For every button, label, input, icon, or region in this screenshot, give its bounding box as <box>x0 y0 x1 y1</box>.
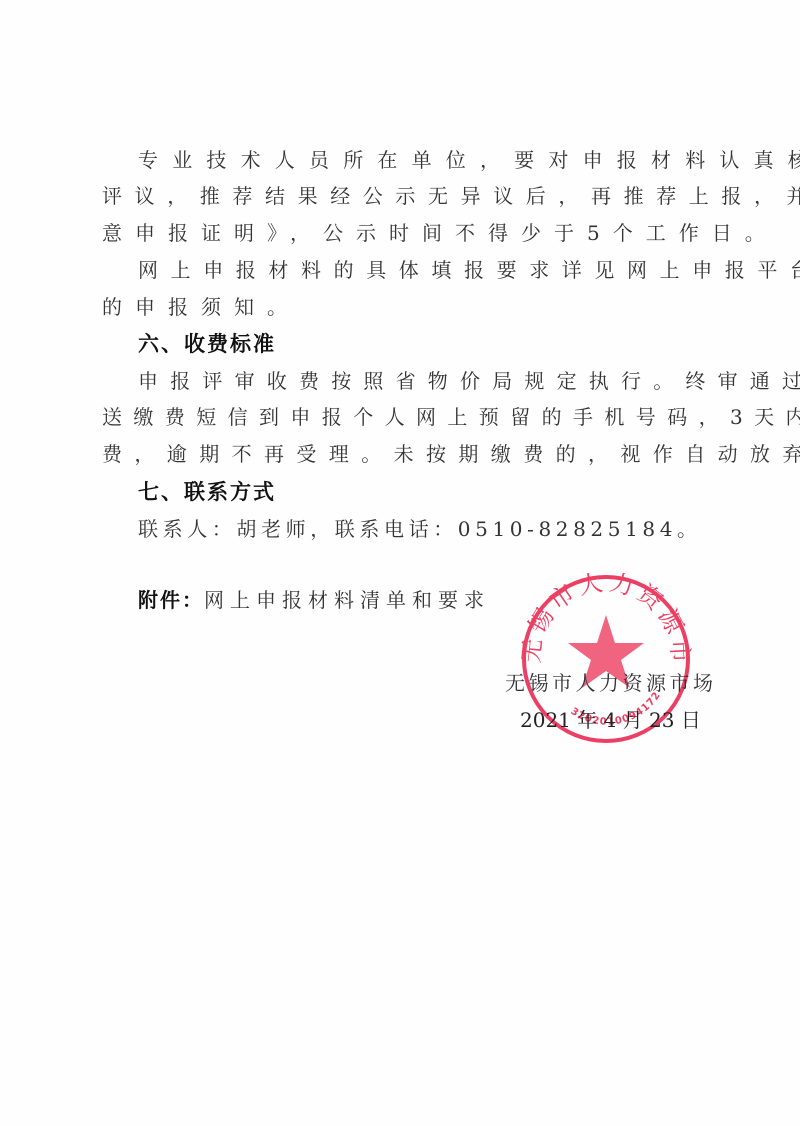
paragraph-1-line-3: 意申报证明》，公示时间不得少于5个工作日。 <box>102 215 702 251</box>
signature-date: 2021 年 4 月 23 日 <box>520 702 701 738</box>
section-6-heading: 六、收费标准 <box>138 326 276 362</box>
section-6-line-3: 费，逾期不再受理。未按期缴费的，视作自动放弃申报。 <box>102 436 702 472</box>
document-page: 专业技术人员所在单位，要对申报材料认真核实，进行民主 评议，推荐结果经公示无异议… <box>0 0 800 1126</box>
attachment-value[interactable]: 网上申报材料清单和要求 <box>204 588 490 612</box>
section-7-heading: 七、联系方式 <box>138 474 276 510</box>
contact-line: 联系人：胡老师，联系电话：0510-82825184。 <box>138 511 738 547</box>
paragraph-1-line-2: 评议，推荐结果经公示无异议后，再推荐上报，并出具《单位同 <box>102 178 702 214</box>
attachment-label: 附件： <box>138 588 204 612</box>
paragraph-1-line-1: 专业技术人员所在单位，要对申报材料认真核实，进行民主 <box>138 142 738 178</box>
section-6-line-2: 送缴费短信到申报个人网上预留的手机号码，3天内完成网上缴 <box>102 399 702 435</box>
section-6-line-1: 申报评审收费按照省物价局规定执行。终审通过后，统一发 <box>138 363 738 399</box>
paragraph-2-line-1: 网上申报材料的具体填报要求详见网上申报平台该评委会 <box>138 252 738 288</box>
paragraph-2-line-2: 的申报须知。 <box>102 289 702 325</box>
signature-organization: 无锡市人力资源市场 <box>505 665 717 701</box>
attachment-line: 附件：网上申报材料清单和要求 <box>138 582 490 618</box>
